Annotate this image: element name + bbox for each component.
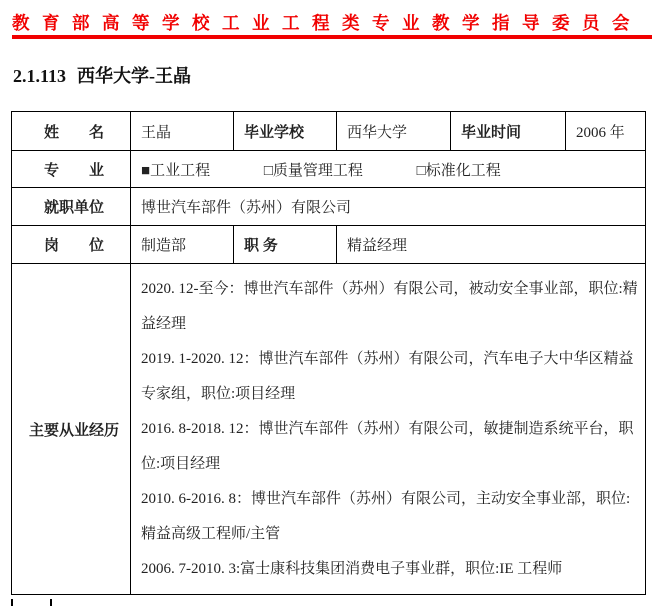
table-row-post: 岗 位 制造部 职 务 精益经理 <box>12 226 646 264</box>
profile-table: 姓 名 王晶 毕业学校 西华大学 毕业时间 2006 年 专 业 ■工业工程 □… <box>11 111 646 595</box>
grad-time-label: 毕业时间 <box>451 112 566 151</box>
major-label: 专 业 <box>12 151 131 188</box>
career-entry: 2016. 8-2018. 12：博世汽车部件（苏州）有限公司，敏捷制造系统平台… <box>141 412 641 482</box>
career-label: 主要从业经历 <box>12 264 131 595</box>
major-option-quality-management: □质量管理工程 <box>264 163 363 179</box>
major-option-label: 工业工程 <box>150 163 210 179</box>
career-history-cell: 2020. 12-至今：博世汽车部件（苏州）有限公司，被动安全事业部，职位:精益… <box>131 264 646 595</box>
checkbox-unchecked-icon: □ <box>417 163 426 179</box>
grad-school-label: 毕业学校 <box>234 112 337 151</box>
committee-header: 教育部高等学校工业工程类专业教学指导委员会 <box>12 10 642 35</box>
next-row-border-stub <box>11 599 13 606</box>
major-option-industrial-engineering: ■工业工程 <box>141 163 210 179</box>
career-entry: 2019. 1-2020. 12：博世汽车部件（苏州）有限公司，汽车电子大中华区… <box>141 342 641 412</box>
employer-label: 就职单位 <box>12 188 131 226</box>
name-label: 姓 名 <box>12 112 131 151</box>
next-row-border-stub <box>50 599 52 606</box>
section-number: 2.1.113 <box>13 66 66 86</box>
header-rule <box>12 35 652 39</box>
major-option-label: 标准化工程 <box>426 163 501 179</box>
table-row-employer: 就职单位 博世汽车部件（苏州）有限公司 <box>12 188 646 226</box>
career-entry: 2010. 6-2016. 8：博世汽车部件（苏州）有限公司，主动安全事业部，职… <box>141 482 641 552</box>
name-value: 王晶 <box>131 112 234 151</box>
table-row-career: 主要从业经历 2020. 12-至今：博世汽车部件（苏州）有限公司，被动安全事业… <box>12 264 646 595</box>
employer-value: 博世汽车部件（苏州）有限公司 <box>131 188 646 226</box>
duty-label: 职 务 <box>234 226 337 264</box>
career-entry: 2020. 12-至今：博世汽车部件（苏州）有限公司，被动安全事业部，职位:精益… <box>141 272 641 342</box>
section-name: 西华大学-王晶 <box>77 66 191 86</box>
duty-value: 精益经理 <box>337 226 646 264</box>
grad-time-value: 2006 年 <box>566 112 646 151</box>
section-title: 2.1.113西华大学-王晶 <box>13 62 191 88</box>
post-label: 岗 位 <box>12 226 131 264</box>
major-option-standardization: □标准化工程 <box>417 163 501 179</box>
table-row-name: 姓 名 王晶 毕业学校 西华大学 毕业时间 2006 年 <box>12 112 646 151</box>
document-page: 教育部高等学校工业工程类专业教学指导委员会 2.1.113西华大学-王晶 姓 名… <box>0 0 652 606</box>
checkbox-checked-icon: ■ <box>141 163 150 179</box>
post-value: 制造部 <box>131 226 234 264</box>
major-option-label: 质量管理工程 <box>273 163 363 179</box>
major-options-cell: ■工业工程 □质量管理工程 □标准化工程 <box>131 151 646 188</box>
checkbox-unchecked-icon: □ <box>264 163 273 179</box>
table-row-major: 专 业 ■工业工程 □质量管理工程 □标准化工程 <box>12 151 646 188</box>
career-entry: 2006. 7-2010. 3:富士康科技集团消费电子事业群，职位:IE 工程师 <box>141 552 641 587</box>
grad-school-value: 西华大学 <box>337 112 451 151</box>
